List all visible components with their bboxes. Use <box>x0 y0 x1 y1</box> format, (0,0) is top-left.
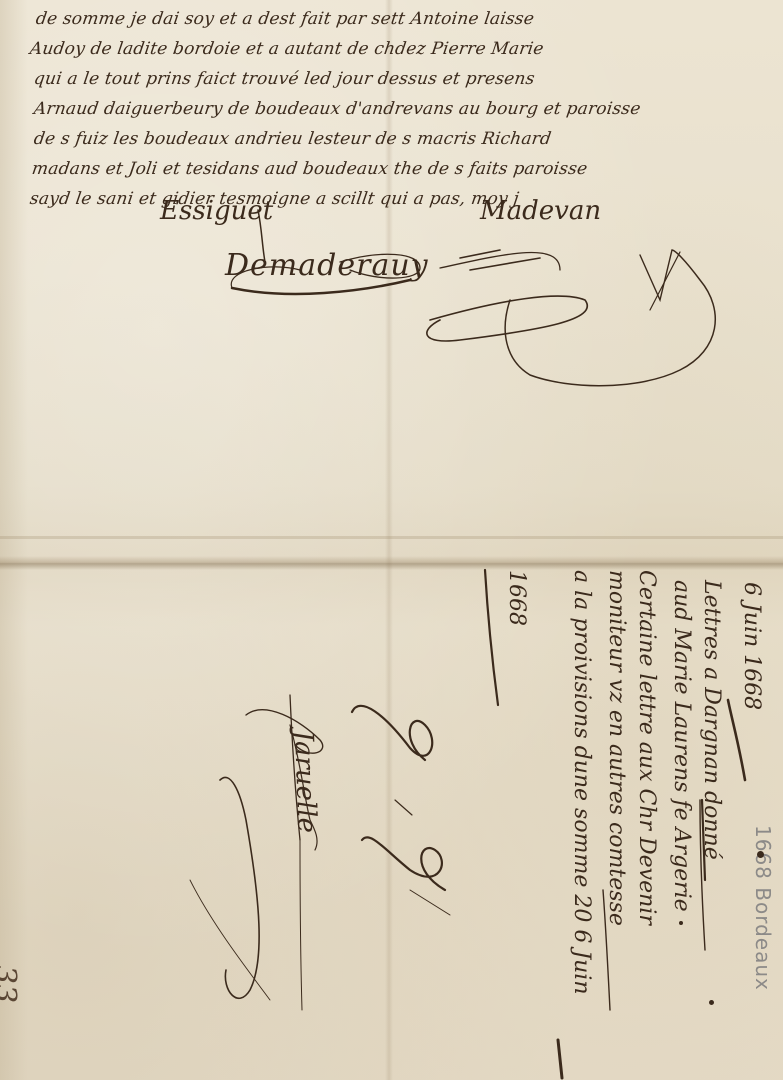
rotated-marginal-note: 6 Juin 1668 Lettres a Dargnan donné aud … <box>470 560 783 1080</box>
note-line: Certaine lettre aux Chr Devenir <box>632 570 660 925</box>
folio-number: 33 <box>0 965 22 1003</box>
center-marks-text: G . G <box>404 720 455 882</box>
ink-spot <box>757 851 764 858</box>
note-line: 1668 <box>502 570 530 626</box>
lower-signature-text: Jaruelle <box>288 730 322 834</box>
ink-spot <box>679 921 683 925</box>
note-line: 6 Juin 1668 <box>737 582 765 710</box>
center-marks: G . G <box>404 720 455 882</box>
note-line: aud Marie Laurens fe Argerie <box>667 580 695 912</box>
note-line: Lettres a Dargnan donné <box>697 580 725 860</box>
pencil-annotation: 1668 Bordeaux <box>751 825 775 991</box>
manuscript-page: de somme je dai soy et a dest fait par s… <box>0 0 783 1080</box>
lower-signature: Jaruelle <box>288 730 322 834</box>
ink-spot <box>709 1000 714 1005</box>
note-line: moniteur vz en autres comtesse <box>602 570 630 926</box>
note-line: a la proivisions dune somme 20 6 Juin <box>567 570 595 995</box>
